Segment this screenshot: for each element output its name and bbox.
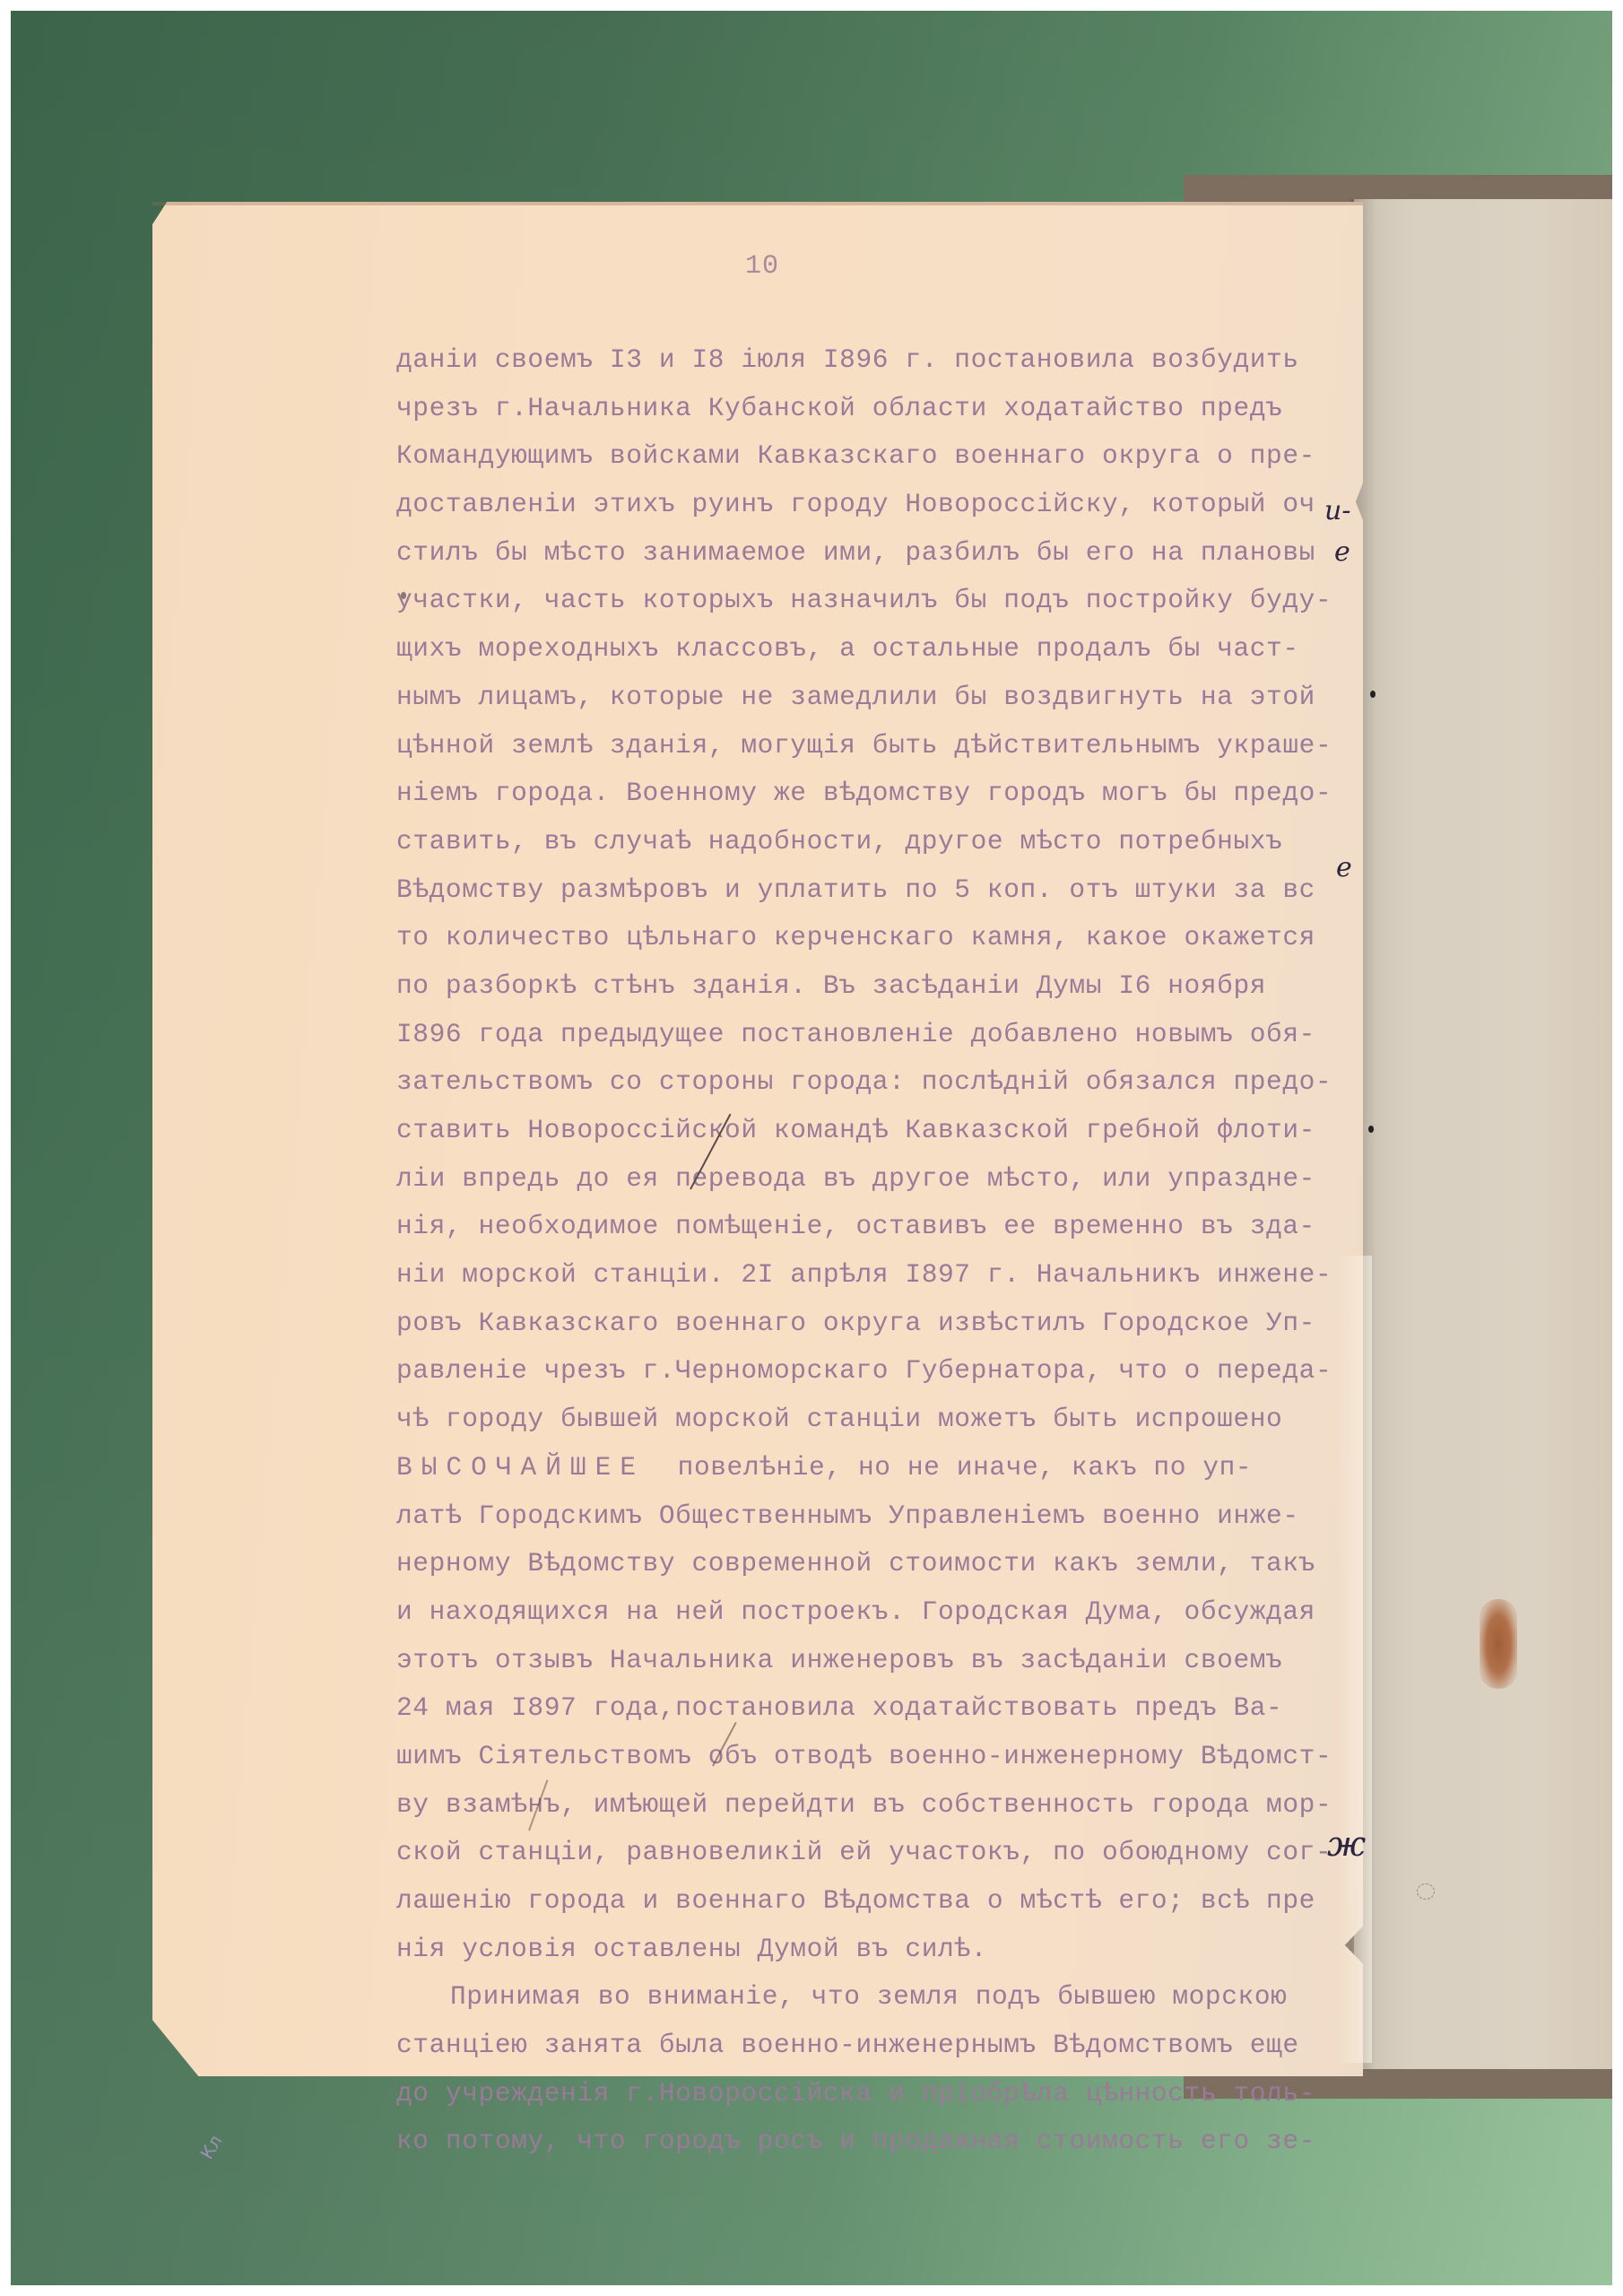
typed-line: 24 мая I897 года,постановила ходатайство… bbox=[396, 1684, 1347, 1733]
typed-line: равленiе чрезъ г.Черноморскаго Губернато… bbox=[396, 1347, 1347, 1396]
typed-line: I896 года предыдущее постановленiе добав… bbox=[396, 1011, 1347, 1059]
typed-line: цѣнной землѣ зданiя, могущiя быть дѣйств… bbox=[396, 722, 1347, 770]
typed-line: лашенiю города и военнаго Вѣдомства о мѣ… bbox=[396, 1877, 1347, 1926]
typed-line: ставить Новороссiйской командѣ Кавказско… bbox=[396, 1107, 1347, 1155]
typed-line: нерному Вѣдомству современной стоимости … bbox=[396, 1540, 1347, 1588]
binding-speck bbox=[1368, 1126, 1374, 1133]
typed-line: нымъ лицамъ, которые не замедлили бы воз… bbox=[396, 674, 1347, 722]
typed-line: ВЫСОЧАЙШЕЕ повелѣнiе, но не иначе, какъ … bbox=[396, 1444, 1347, 1492]
typed-line: чрезъ г.Начальника Кубанской области ход… bbox=[396, 385, 1347, 433]
typed-line: нiя условiя оставлены Думой въ силѣ. bbox=[396, 1926, 1347, 1974]
typed-line: ской станцiи, равновеликiй ей участокъ, … bbox=[396, 1829, 1347, 1877]
page-number: 10 bbox=[717, 251, 807, 282]
typed-line: нiя, необходимое помѣщенiе, оставивъ ее … bbox=[396, 1203, 1347, 1251]
typed-line: Вѣдомству размѣровъ и уплатить по 5 коп.… bbox=[396, 866, 1347, 915]
typed-line: стилъ бы мѣсто занимаемое ими, разбилъ б… bbox=[396, 529, 1347, 578]
paper-speck bbox=[401, 592, 406, 599]
typed-body-text: данiи своемъ I3 и I8 iюля I896 г. постан… bbox=[396, 336, 1347, 2166]
paper-hole bbox=[1417, 1883, 1435, 1900]
underlying-book-page bbox=[1354, 199, 1612, 2069]
typed-line: зательствомъ со стороны города: послѣднi… bbox=[396, 1058, 1347, 1107]
typed-line: участки, часть которыхъ назначилъ бы под… bbox=[396, 577, 1347, 625]
paper-top-edge bbox=[152, 202, 1363, 205]
typed-line: Командующимъ войсками Кавказскаго военна… bbox=[396, 432, 1347, 481]
typed-line: ровъ Кавказскаго военнаго округа извѣсти… bbox=[396, 1300, 1347, 1348]
typed-line: нiи морской станцiи. 2I апрѣля I897 г. Н… bbox=[396, 1251, 1347, 1300]
typed-line: станцiею занята была военно-инженернымъ … bbox=[396, 2022, 1347, 2070]
typed-line: то количество цѣльнаго керченскаго камня… bbox=[396, 914, 1347, 962]
typed-line: и находящихся на ней построекъ. Городска… bbox=[396, 1588, 1347, 1637]
typed-line: шимъ Сiятельствомъ объ отводѣ военно-инж… bbox=[396, 1733, 1347, 1781]
typed-line: по разборкѣ стѣнъ зданiя. Въ засѣданiи Д… bbox=[396, 962, 1347, 1011]
rust-stain bbox=[1480, 1599, 1517, 1689]
typed-line: ко потому, что городъ росъ и продажная с… bbox=[396, 2118, 1347, 2166]
typed-line: лiи впредь до ея перевода въ другое мѣст… bbox=[396, 1155, 1347, 1204]
typed-line: латѣ Городскимъ Общественнымъ Управленiе… bbox=[396, 1492, 1347, 1541]
typed-line: этотъ отзывъ Начальника инженеровъ въ за… bbox=[396, 1637, 1347, 1685]
typed-line: нiемъ города. Военному же вѣдомству горо… bbox=[396, 770, 1347, 818]
handwritten-note: е bbox=[1334, 536, 1350, 568]
typed-line: ставить, въ случаѣ надобности, другое мѣ… bbox=[396, 818, 1347, 866]
typed-line: данiи своемъ I3 и I8 iюля I896 г. постан… bbox=[396, 336, 1347, 385]
binding-speck bbox=[1370, 691, 1376, 698]
typed-line: щихъ мореходныхъ классовъ, а остальные п… bbox=[396, 625, 1347, 674]
typed-line: чѣ городу бывшей морской станцiи можетъ … bbox=[396, 1396, 1347, 1444]
handwritten-note: и- bbox=[1324, 495, 1350, 526]
typed-line: Принимая во вниманiе, что земля подъ быв… bbox=[396, 1973, 1347, 2022]
typed-line: до учрежденiя г.Новороссiйска и прiобрѣл… bbox=[396, 2070, 1347, 2118]
handwritten-note: ж bbox=[1327, 1824, 1366, 1864]
typed-line: доставленiи этихъ руинъ городу Новороссi… bbox=[396, 481, 1347, 529]
handwritten-note: е bbox=[1336, 852, 1352, 883]
